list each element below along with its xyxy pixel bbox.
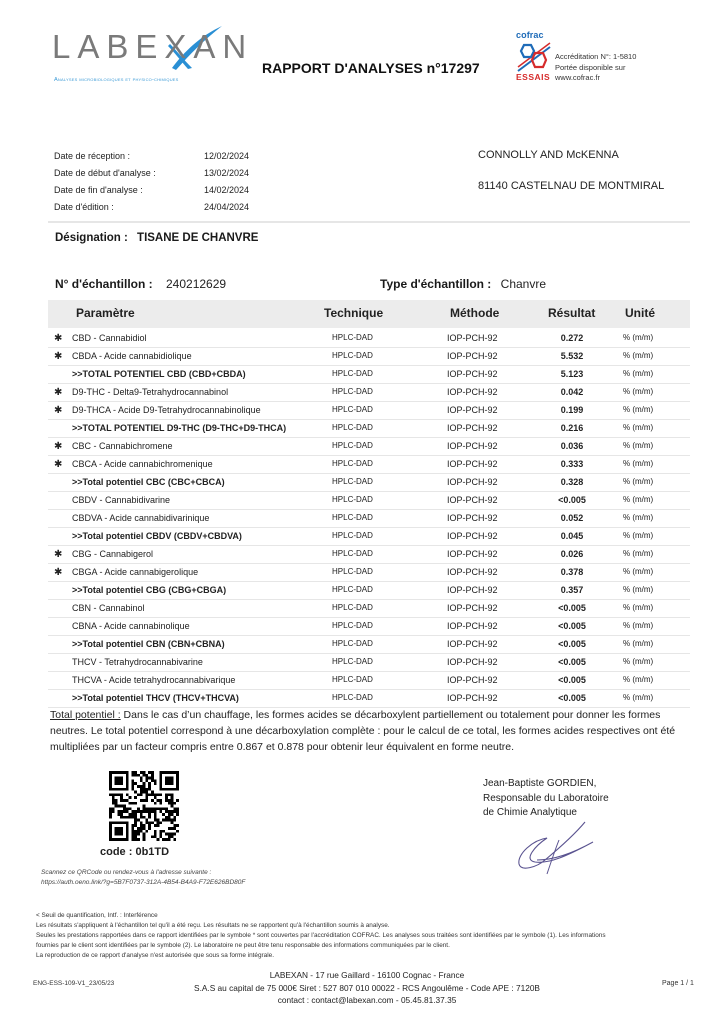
cell-method: IOP-PCH-92 [447, 675, 498, 685]
accreditation-info: Accréditation N°: 1-5810 Portée disponib… [555, 52, 636, 84]
cell-method: IOP-PCH-92 [447, 603, 498, 613]
accredited-star-icon: ✱ [54, 567, 62, 578]
cell-unit: % (m/m) [623, 567, 653, 576]
date-label: Date de début d'analyse : [54, 165, 204, 182]
table-row: >>Total potentiel CBDV (CBDV+CBDVA)HPLC-… [48, 528, 690, 546]
cell-parameter: CBN - Cannabinol [72, 600, 292, 617]
cell-result: 0.272 [552, 333, 592, 343]
cell-result: 5.532 [552, 351, 592, 361]
cell-result: 0.042 [552, 387, 592, 397]
cell-parameter: >>Total potentiel CBG (CBG+CBGA) [72, 582, 292, 599]
cell-technique: HPLC-DAD [332, 657, 373, 666]
sample-number-label: N° d'échantillon : [55, 277, 153, 291]
cell-technique: HPLC-DAD [332, 675, 373, 684]
cell-technique: HPLC-DAD [332, 693, 373, 702]
cell-unit: % (m/m) [623, 333, 653, 342]
footer-legal: S.A.S au capital de 75 000€ Siret : 527 … [132, 982, 602, 995]
accreditation-number: Accréditation N°: 1-5810 [555, 52, 636, 63]
cell-technique: HPLC-DAD [332, 387, 373, 396]
cell-unit: % (m/m) [623, 351, 653, 360]
footer-address: LABEXAN - 17 rue Gaillard - 16100 Cognac… [132, 969, 602, 982]
cell-unit: % (m/m) [623, 549, 653, 558]
note-text: Dans le cas d’un chauffage, les formes a… [50, 709, 675, 753]
cell-method: IOP-PCH-92 [447, 621, 498, 631]
table-row: >>TOTAL POTENTIEL CBD (CBD+CBDA)HPLC-DAD… [48, 366, 690, 384]
table-row: >>Total potentiel THCV (THCV+THCVA)HPLC-… [48, 690, 690, 708]
cofrac-essais-label: ESSAIS [516, 72, 550, 82]
table-row: CBDVA - Acide cannabidivariniqueHPLC-DAD… [48, 510, 690, 528]
table-row: CBNA - Acide cannabinoliqueHPLC-DADIOP-P… [48, 618, 690, 636]
cofrac-logo: cofrac ESSAIS [516, 30, 552, 82]
results-table-body: ✱CBD - CannabidiolHPLC-DADIOP-PCH-920.27… [48, 330, 690, 708]
date-value: 13/02/2024 [204, 165, 249, 182]
cell-method: IOP-PCH-92 [447, 369, 498, 379]
footer-contact: contact : contact@labexan.com - 05.45.81… [132, 994, 602, 1007]
cell-technique: HPLC-DAD [332, 567, 373, 576]
cell-method: IOP-PCH-92 [447, 405, 498, 415]
cell-unit: % (m/m) [623, 693, 653, 702]
qr-code-label: code : 0b1TD [100, 846, 169, 858]
cell-result: 0.045 [552, 531, 592, 541]
labexan-logo: LABEXAN Analyses microbiologiques et phy… [52, 22, 228, 84]
table-row: >>TOTAL POTENTIEL D9-THC (D9-THC+D9-THCA… [48, 420, 690, 438]
date-value: 14/02/2024 [204, 182, 249, 199]
cell-method: IOP-PCH-92 [447, 639, 498, 649]
cell-unit: % (m/m) [623, 495, 653, 504]
cell-method: IOP-PCH-92 [447, 549, 498, 559]
cell-result: <0.005 [552, 675, 592, 685]
designation-label: Désignation : [55, 232, 128, 244]
signatory-name: Jean-Baptiste GORDIEN, [483, 777, 609, 792]
signatory-role-line1: Responsable du Laboratoire [483, 792, 609, 807]
cell-unit: % (m/m) [623, 621, 653, 630]
cell-parameter: >>Total potentiel CBN (CBN+CBNA) [72, 636, 292, 653]
sample-type: Type d'échantillon : Chanvre [380, 277, 546, 291]
cell-unit: % (m/m) [623, 477, 653, 486]
cell-unit: % (m/m) [623, 369, 653, 378]
cell-result: <0.005 [552, 693, 592, 703]
table-row: >>Total potentiel CBG (CBG+CBGA)HPLC-DAD… [48, 582, 690, 600]
cell-result: <0.005 [552, 495, 592, 505]
cell-result: <0.005 [552, 657, 592, 667]
cofrac-brand: cofrac [516, 30, 544, 40]
table-row: ✱CBDA - Acide cannabidioliqueHPLC-DADIOP… [48, 348, 690, 366]
cell-unit: % (m/m) [623, 513, 653, 522]
page-number: Page 1 / 1 [662, 980, 694, 987]
signature-icon [515, 820, 605, 875]
designation: Désignation : TISANE DE CHANVRE [55, 232, 258, 244]
cell-parameter: CBDVA - Acide cannabidivarinique [72, 510, 292, 527]
cell-method: IOP-PCH-92 [447, 531, 498, 541]
cell-unit: % (m/m) [623, 423, 653, 432]
cell-unit: % (m/m) [623, 603, 653, 612]
dates-block: Date de réception : 12/02/2024 Date de d… [54, 148, 249, 216]
cofrac-url[interactable]: www.cofrac.fr [555, 73, 636, 84]
cell-method: IOP-PCH-92 [447, 441, 498, 451]
table-row: ✱CBGA - Acide cannabigeroliqueHPLC-DADIO… [48, 564, 690, 582]
cell-technique: HPLC-DAD [332, 549, 373, 558]
cell-parameter: >>Total potentiel CBDV (CBDV+CBDVA) [72, 528, 292, 545]
cell-technique: HPLC-DAD [332, 351, 373, 360]
column-header-result: Résultat [548, 306, 595, 320]
cell-parameter: THCVA - Acide tetrahydrocannabivarique [72, 672, 292, 689]
signatory-role-line2: de Chimie Analytique [483, 806, 609, 821]
cell-parameter: CBG - Cannabigerol [72, 546, 292, 563]
cell-unit: % (m/m) [623, 405, 653, 414]
accredited-star-icon: ✱ [54, 387, 62, 398]
cell-result: 0.052 [552, 513, 592, 523]
cell-parameter: >>Total potentiel THCV (THCV+THCVA) [72, 690, 292, 707]
cell-unit: % (m/m) [623, 441, 653, 450]
cell-method: IOP-PCH-92 [447, 585, 498, 595]
cell-unit: % (m/m) [623, 585, 653, 594]
cell-technique: HPLC-DAD [332, 477, 373, 486]
date-label: Date d'édition : [54, 199, 204, 216]
disclaimer-line: < Seuil de quantification, Intf. : Inter… [36, 911, 724, 921]
section-divider [48, 221, 690, 223]
sample-type-value: Chanvre [501, 277, 546, 291]
client-name: CONNOLLY AND McKENNA [478, 149, 664, 161]
cell-technique: HPLC-DAD [332, 405, 373, 414]
cell-technique: HPLC-DAD [332, 459, 373, 468]
cell-method: IOP-PCH-92 [447, 657, 498, 667]
cell-method: IOP-PCH-92 [447, 333, 498, 343]
column-header-method: Méthode [450, 306, 499, 320]
accreditation-scope: Portée disponible sur [555, 63, 636, 74]
date-row-start: Date de début d'analyse : 13/02/2024 [54, 165, 249, 182]
date-value: 12/02/2024 [204, 148, 249, 165]
accredited-star-icon: ✱ [54, 459, 62, 470]
date-value: 24/04/2024 [204, 199, 249, 216]
table-row: ✱CBD - CannabidiolHPLC-DADIOP-PCH-920.27… [48, 330, 690, 348]
date-row-edition: Date d'édition : 24/04/2024 [54, 199, 249, 216]
cell-parameter: >>TOTAL POTENTIEL CBD (CBD+CBDA) [72, 366, 292, 383]
table-row: ✱CBG - CannabigerolHPLC-DADIOP-PCH-920.0… [48, 546, 690, 564]
table-row: ✱D9-THC - Delta9-TetrahydrocannabinolHPL… [48, 384, 690, 402]
cell-parameter: CBGA - Acide cannabigerolique [72, 564, 292, 581]
cell-result: <0.005 [552, 639, 592, 649]
cell-technique: HPLC-DAD [332, 531, 373, 540]
disclaimer-line: fournies par le client sont identifiées … [36, 941, 724, 951]
qr-scan-text: Scannez ce QRCode ou rendez-vous à l'adr… [41, 868, 245, 878]
cell-method: IOP-PCH-92 [447, 387, 498, 397]
cell-unit: % (m/m) [623, 675, 653, 684]
document-reference: ENG-ESS-109-V1_23/05/23 [33, 980, 114, 987]
cell-technique: HPLC-DAD [332, 423, 373, 432]
cofrac-hexagon-icon [516, 41, 552, 73]
cell-technique: HPLC-DAD [332, 621, 373, 630]
cell-parameter: CBDV - Cannabidivarine [72, 492, 292, 509]
cell-result: 0.036 [552, 441, 592, 451]
accredited-star-icon: ✱ [54, 405, 62, 416]
cell-technique: HPLC-DAD [332, 333, 373, 342]
sample-number: N° d'échantillon : 240212629 [55, 277, 226, 291]
date-label: Date de réception : [54, 148, 204, 165]
cell-method: IOP-PCH-92 [447, 351, 498, 361]
cell-unit: % (m/m) [623, 459, 653, 468]
table-row: THCVA - Acide tetrahydrocannabivariqueHP… [48, 672, 690, 690]
cell-method: IOP-PCH-92 [447, 513, 498, 523]
table-row: THCV - TetrahydrocannabivarineHPLC-DADIO… [48, 654, 690, 672]
signatory-block: Jean-Baptiste GORDIEN, Responsable du La… [483, 777, 609, 821]
disclaimer-line: Les résultats s'appliquent à l'échantill… [36, 921, 724, 931]
cell-technique: HPLC-DAD [332, 603, 373, 612]
cell-parameter: CBNA - Acide cannabinolique [72, 618, 292, 635]
cell-parameter: CBDA - Acide cannabidiolique [72, 348, 292, 365]
table-row: ✱D9-THCA - Acide D9-Tetrahydrocannabinol… [48, 402, 690, 420]
accredited-star-icon: ✱ [54, 351, 62, 362]
cell-parameter: CBD - Cannabidiol [72, 330, 292, 347]
cell-method: IOP-PCH-92 [447, 423, 498, 433]
table-row: >>Total potentiel CBC (CBC+CBCA)HPLC-DAD… [48, 474, 690, 492]
table-row: CBDV - CannabidivarineHPLC-DADIOP-PCH-92… [48, 492, 690, 510]
date-label: Date de fin d'analyse : [54, 182, 204, 199]
cell-unit: % (m/m) [623, 531, 653, 540]
cell-result: 0.026 [552, 549, 592, 559]
cell-unit: % (m/m) [623, 639, 653, 648]
total-potential-note: Total potentiel : Dans le cas d’un chauf… [50, 707, 700, 755]
qr-code-icon[interactable] [109, 771, 179, 841]
qr-scan-url[interactable]: https://auth.oeno.link/?g=5B7F0737-312A-… [41, 878, 245, 888]
logo-tagline: Analyses microbiologiques et physico-chi… [54, 77, 179, 83]
table-row: CBN - CannabinolHPLC-DADIOP-PCH-92<0.005… [48, 600, 690, 618]
cell-parameter: THCV - Tetrahydrocannabivarine [72, 654, 292, 671]
company-footer: LABEXAN - 17 rue Gaillard - 16100 Cognac… [132, 969, 602, 1007]
report-title: RAPPORT D'ANALYSES n°17297 [262, 60, 480, 76]
cell-method: IOP-PCH-92 [447, 567, 498, 577]
cell-parameter: D9-THC - Delta9-Tetrahydrocannabinol [72, 384, 292, 401]
client-block: CONNOLLY AND McKENNA 81140 CASTELNAU DE … [478, 149, 664, 192]
cell-parameter: CBCA - Acide cannabichromenique [72, 456, 292, 473]
cell-parameter: D9-THCA - Acide D9-Tetrahydrocannabinoli… [72, 402, 292, 419]
table-row: ✱CBC - CannabichromeneHPLC-DADIOP-PCH-92… [48, 438, 690, 456]
cell-result: <0.005 [552, 621, 592, 631]
cell-method: IOP-PCH-92 [447, 459, 498, 469]
cell-result: <0.005 [552, 603, 592, 613]
cell-parameter: >>Total potentiel CBC (CBC+CBCA) [72, 474, 292, 491]
cell-technique: HPLC-DAD [332, 495, 373, 504]
cell-result: 0.216 [552, 423, 592, 433]
designation-value: TISANE DE CHANVRE [137, 232, 258, 244]
cell-technique: HPLC-DAD [332, 513, 373, 522]
disclaimers: < Seuil de quantification, Intf. : Inter… [36, 911, 724, 961]
column-header-unit: Unité [625, 306, 655, 320]
column-header-technique: Technique [324, 306, 383, 320]
date-row-end: Date de fin d'analyse : 14/02/2024 [54, 182, 249, 199]
cell-technique: HPLC-DAD [332, 441, 373, 450]
cell-result: 0.333 [552, 459, 592, 469]
cell-method: IOP-PCH-92 [447, 693, 498, 703]
cell-technique: HPLC-DAD [332, 369, 373, 378]
disclaimer-line: Seules les prestations rapportées dans c… [36, 931, 724, 941]
cell-technique: HPLC-DAD [332, 585, 373, 594]
cell-unit: % (m/m) [623, 387, 653, 396]
cell-result: 0.378 [552, 567, 592, 577]
note-title: Total potentiel : [50, 709, 121, 721]
cell-method: IOP-PCH-92 [447, 477, 498, 487]
table-row: >>Total potentiel CBN (CBN+CBNA)HPLC-DAD… [48, 636, 690, 654]
results-table-header: Paramètre Technique Méthode Résultat Uni… [48, 300, 690, 328]
table-row: ✱CBCA - Acide cannabichromeniqueHPLC-DAD… [48, 456, 690, 474]
cell-result: 0.357 [552, 585, 592, 595]
accredited-star-icon: ✱ [54, 441, 62, 452]
sample-type-label: Type d'échantillon : [380, 277, 491, 291]
accredited-star-icon: ✱ [54, 333, 62, 344]
column-header-parameter: Paramètre [76, 306, 135, 320]
client-address: 81140 CASTELNAU DE MONTMIRAL [478, 180, 664, 192]
cell-parameter: CBC - Cannabichromene [72, 438, 292, 455]
cell-technique: HPLC-DAD [332, 639, 373, 648]
disclaimer-line: La reproduction de ce rapport d'analyse … [36, 951, 724, 961]
cell-parameter: >>TOTAL POTENTIEL D9-THC (D9-THC+D9-THCA… [72, 420, 292, 437]
date-row-reception: Date de réception : 12/02/2024 [54, 148, 249, 165]
cell-result: 5.123 [552, 369, 592, 379]
sample-number-value: 240212629 [166, 277, 226, 291]
qr-instructions: Scannez ce QRCode ou rendez-vous à l'adr… [41, 868, 245, 888]
accredited-star-icon: ✱ [54, 549, 62, 560]
logo-wordmark: LABEXAN [52, 28, 253, 66]
cell-result: 0.199 [552, 405, 592, 415]
cell-result: 0.328 [552, 477, 592, 487]
cell-unit: % (m/m) [623, 657, 653, 666]
cell-method: IOP-PCH-92 [447, 495, 498, 505]
